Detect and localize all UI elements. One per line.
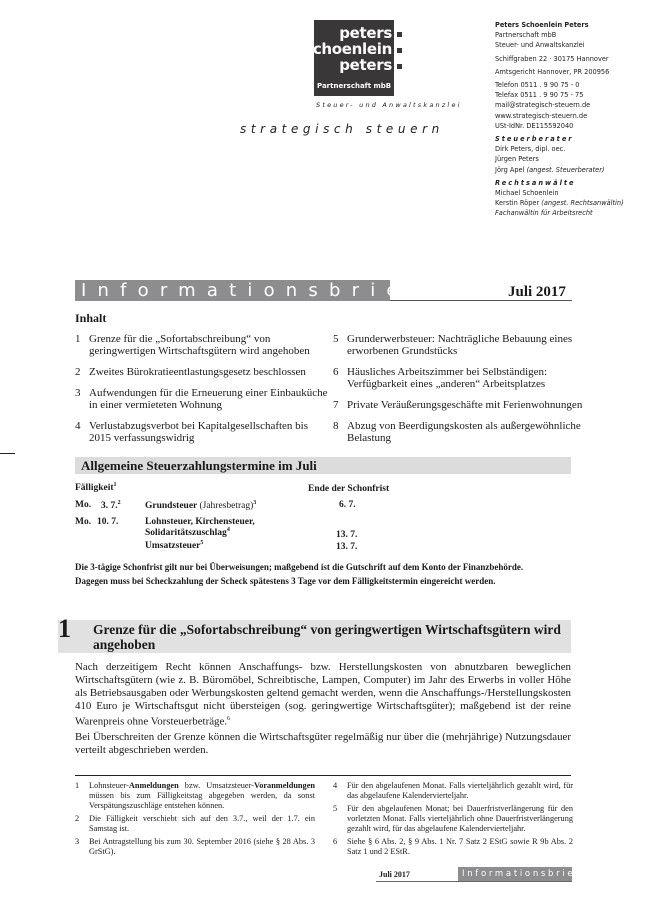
toc-column-right: 5Grunderwerbsteuer: Nachträgliche Bebauu… [333,333,588,453]
firm-address-block: Peters Schoenlein Peters Partnerschaft m… [495,20,645,219]
footnote: 4Für den abgelaufenen Monat. Falls viert… [333,781,573,801]
section-title: Grenze für die „Sofortabschreibung“ von … [93,622,563,652]
firm-legal-form: Partnerschaft mbB [495,30,645,40]
footnote: 3Bei Antragstellung bis zum 30. Septembe… [75,837,315,857]
tax-advisors-heading: Steuerberater [495,134,645,144]
fold-mark [0,453,15,454]
section-number: 1 [58,614,71,644]
footer-title: Informationsbrief [458,867,572,881]
logo-square-icon [397,48,402,53]
tax-advisor: Jörg Apel (angest. Steuerberater) [495,165,645,175]
lawyer-role: (angest. Rechtsanwältin) [541,199,623,207]
document-title: Informationsbrief [75,280,390,301]
row-grace-end: 6. 7. [339,500,356,510]
toc-column-left: 1Grenze für die „Sofortabschreibung“ von… [75,333,330,453]
footnotes-left: 1Lohnsteuer-Anmeldungen bzw. Umsatzsteue… [75,781,315,860]
section-paragraph: Bei Überschreiten der Grenze können die … [75,731,571,757]
logo-subtitle: Partnerschaft mbB [317,82,391,90]
lawyers-heading: Rechtsanwälte [495,178,645,188]
row-day: Mo. [75,517,91,527]
toc-item[interactable]: 5Grunderwerbsteuer: Nachträgliche Bebauu… [333,333,588,357]
logo-square-icon [397,64,402,69]
toc-item[interactable]: 6Häusliches Arbeitszimmer bei Selbständi… [333,366,588,390]
footnote-divider [75,775,571,776]
footnote: 1Lohnsteuer-Anmeldungen bzw. Umsatzsteue… [75,781,315,811]
row-date: 3. 7.2 [101,500,121,511]
row-date: 10. 7. [97,517,118,527]
toc-item[interactable]: 3Aufwendungen für die Erneuerung einer E… [75,387,330,411]
logo-tagline: strategisch steuern [240,122,444,136]
firm-registry: Amtsgericht Hannover, PR 200956 [495,67,645,77]
firm-street: Schiffgraben 22 · 30175 Hannover [495,54,645,64]
schedule-note: Die 3-tägige Schonfrist gilt nur bei Übe… [75,560,523,588]
row-tax: Umsatzsteuer5 [145,540,203,551]
row-grace-end: 13. 7. [336,542,357,552]
tax-advisor-role: (angest. Steuerberater) [527,166,605,174]
footnote: 6Siehe § 6 Abs. 2, § 9 Abs. 1 Nr. 7 Satz… [333,837,573,857]
row-tax-line2: Solidaritätszuschlag4 [145,527,230,538]
row-day: Mo. [75,500,91,510]
row-grace-end: 13. 7. [336,530,357,540]
schedule-heading-bar: Allgemeine Steuerzahlungstermine im Juli [75,457,571,474]
firm-logo: peters schoenlein peters Partnerschaft m… [314,20,394,96]
col-header-grace-end: Ende der Schonfrist [308,484,389,494]
footer-date: Juli 2017 [379,870,410,879]
logo-square-icon [397,32,402,37]
toc-item[interactable]: 1Grenze für die „Sofortabschreibung“ von… [75,333,330,357]
toc-item[interactable]: 4Verlustabzugsverbot bei Kapitalgesellsc… [75,420,330,444]
firm-website[interactable]: www.strategisch-steuern.de [495,111,645,121]
document-date: Juli 2017 [508,284,566,301]
lawyer-name: Kerstin Röper [495,199,539,207]
row-tax: Grundsteuer (Jahresbetrag)3 [145,500,256,511]
toc-item[interactable]: 8Abzug von Beerdigungskosten als außerge… [333,420,588,444]
col-header-due: Fälligkeit1 [75,482,117,493]
toc-item[interactable]: 2Zweites Bürokratieentlastungsgesetz bes… [75,366,330,378]
logo-line-3: peters [339,58,392,73]
toc-item[interactable]: 7Private Veräußerungsgeschäfte mit Ferie… [333,399,588,411]
lawyer: Michael Schoenlein [495,188,645,198]
firm-fax: Telefax 0511 . 9 90 75 - 75 [495,90,645,100]
footnotes-right: 4Für den abgelaufenen Monat. Falls viert… [333,781,573,860]
schedule-heading: Allgemeine Steuerzahlungstermine im Juli [81,457,317,474]
firm-type: Steuer- und Anwaltskanzlei [495,40,645,50]
firm-phone: Telefon 0511 . 9 90 75 - 0 [495,80,645,90]
logo-tagline-small: Steuer- und Anwaltskanzlei [316,101,462,109]
tax-advisor: Dirk Peters, dipl. oec. [495,144,645,154]
section-paragraph: Nach derzeitigem Recht können Anschaffun… [75,661,571,729]
footnote: 2Die Fälligkeit verschiebt sich auf den … [75,814,315,834]
firm-name: Peters Schoenlein Peters [495,20,645,30]
logo-line-2: schoenlein [304,42,392,57]
tax-advisor: Jürgen Peters [495,154,645,164]
logo-line-1: peters [339,26,392,41]
lawyer: Kerstin Röper (angest. Rechtsanwältin) [495,198,645,208]
row-tax: Lohnsteuer, Kirchensteuer, [145,517,255,527]
footer-divider [376,881,572,882]
footnote: 5Für den abgelaufenen Monat; bei Dauerfr… [333,804,573,834]
toc-heading: Inhalt [75,311,106,326]
lawyer-specialty: Fachanwältin für Arbeitsrecht [495,209,593,217]
firm-vat-id: USt-IdNr. DE115592040 [495,121,645,131]
firm-email[interactable]: mail@strategisch-steuern.de [495,100,645,110]
tax-advisor-name: Jörg Apel [495,166,524,174]
